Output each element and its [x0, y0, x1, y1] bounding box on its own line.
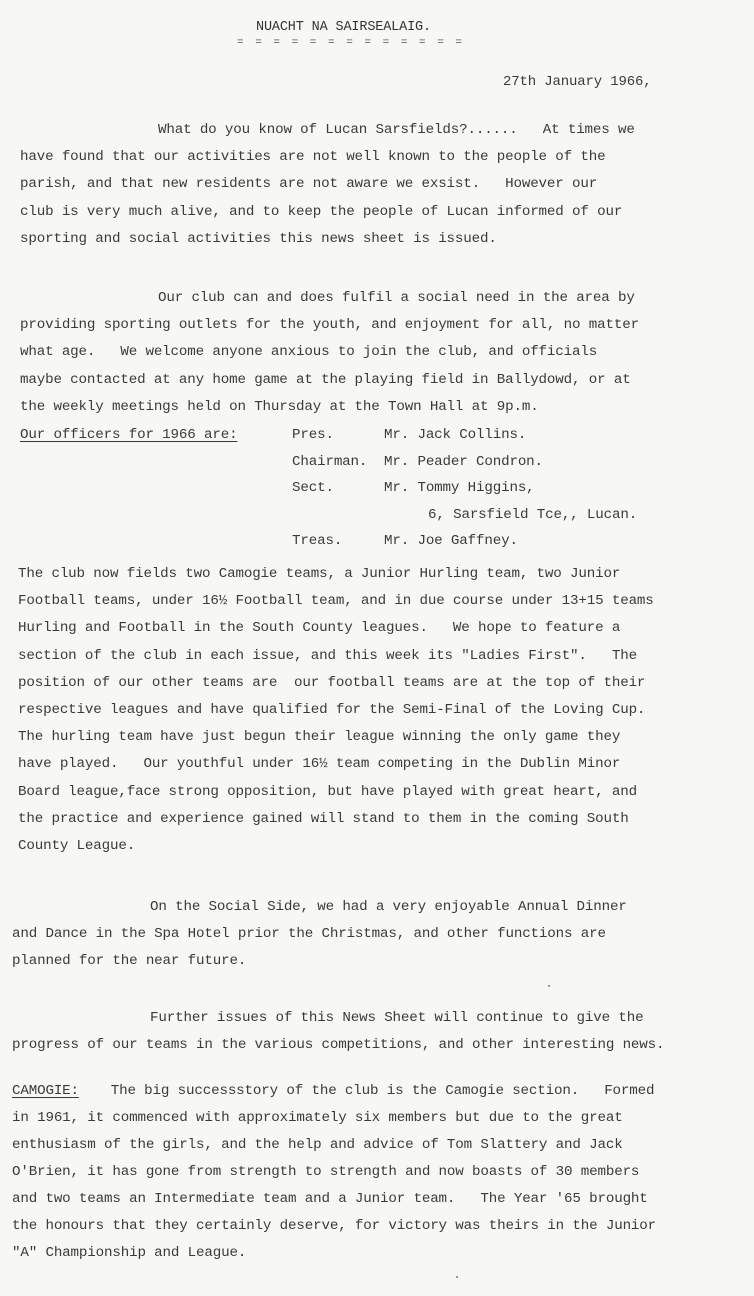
paragraph-line: Board league,face strong opposition, but…	[18, 784, 637, 800]
officer-role: Sect.	[292, 480, 334, 496]
paragraph-line: have found that our activities are not w…	[20, 149, 605, 165]
issue-date: 27th January 1966,	[503, 74, 652, 90]
paragraph-line: sporting and social activities this news…	[20, 231, 497, 247]
officer-name: Mr. Tommy Higgins,	[384, 480, 535, 496]
title-double-rule: = = = = = = = = = = = = =	[237, 37, 465, 49]
paragraph-line: County League.	[18, 838, 135, 854]
typewritten-news-sheet: NUACHT NA SAIRSEALAIG. = = = = = = = = =…	[0, 0, 754, 1296]
paragraph-line: The big successstory of the club is the …	[94, 1083, 654, 1099]
paragraph-line: the weekly meetings held on Thursday at …	[20, 399, 539, 415]
paragraph-line: The hurling team have just begun their l…	[18, 729, 620, 745]
paragraph-line: providing sporting outlets for the youth…	[20, 317, 639, 333]
paragraph-line: parish, and that new residents are not a…	[20, 176, 597, 192]
officer-name: 6, Sarsfield Tce,, Lucan.	[428, 507, 637, 523]
officer-name: Mr. Jack Collins.	[384, 427, 526, 443]
paragraph-line: have played. Our youthful under 16½ team…	[18, 756, 620, 772]
paragraph-line: in 1961, it commenced with approximately…	[12, 1110, 623, 1126]
officer-name: Mr. Peader Condron.	[384, 454, 543, 470]
paragraph-line: progress of our teams in the various com…	[12, 1037, 664, 1053]
officers-heading: Our officers for 1966 are:	[20, 427, 237, 443]
paragraph-line: Hurling and Football in the South County…	[18, 620, 620, 636]
paragraph-line: enthusiasm of the girls, and the help an…	[12, 1137, 623, 1153]
paragraph-line: planned for the near future.	[12, 953, 246, 969]
page-title: NUACHT NA SAIRSEALAIG.	[256, 20, 431, 35]
paragraph-line: Further issues of this News Sheet will c…	[150, 1010, 643, 1026]
paragraph-line: the honours that they certainly deserve,…	[12, 1218, 656, 1234]
officer-role: Treas.	[292, 533, 342, 549]
paragraph-line: maybe contacted at any home game at the …	[20, 372, 631, 388]
paragraph-line: the practice and experience gained will …	[18, 811, 629, 827]
paragraph-line: section of the club in each issue, and t…	[18, 648, 637, 664]
officer-role: Pres.	[292, 427, 334, 443]
paragraph-line: What do you know of Lucan Sarsfields?...…	[158, 122, 635, 138]
paragraph-line: what age. We welcome anyone anxious to j…	[20, 344, 597, 360]
paragraph-line: "A" Championship and League.	[12, 1245, 246, 1261]
paragraph-line: O'Brien, it has gone from strength to st…	[12, 1164, 639, 1180]
paragraph-line: respective leagues and have qualified fo…	[18, 702, 645, 718]
paragraph-line: club is very much alive, and to keep the…	[20, 204, 622, 220]
paragraph-line: On the Social Side, we had a very enjoya…	[150, 899, 627, 915]
paragraph-line: and Dance in the Spa Hotel prior the Chr…	[12, 926, 606, 942]
officer-name: Mr. Joe Gaffney.	[384, 533, 518, 549]
speck	[456, 1276, 458, 1278]
camogie-heading: CAMOGIE:	[12, 1083, 79, 1099]
paragraph-line: position of our other teams are our foot…	[18, 675, 645, 691]
paragraph-line: Football teams, under 16½ Football team,…	[18, 593, 654, 609]
officer-role: Chairman.	[292, 454, 367, 470]
paragraph-line: The club now fields two Camogie teams, a…	[18, 566, 620, 582]
paragraph-line: and two teams an Intermediate team and a…	[12, 1191, 648, 1207]
paragraph-line: Our club can and does fulfil a social ne…	[158, 290, 635, 306]
speck	[548, 985, 550, 987]
